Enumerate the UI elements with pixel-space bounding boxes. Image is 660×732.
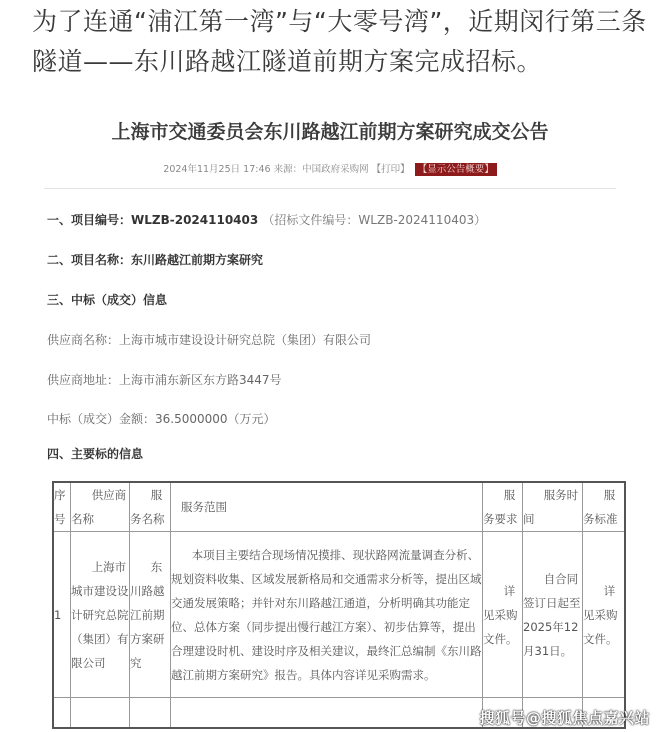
cell-requirement: 详见采购文件。 bbox=[483, 532, 523, 698]
section-project-name: 二、项目名称：东川路越江前期方案研究 bbox=[47, 251, 263, 268]
main-items-table: 序号 供应商名称 服务名称 服务范围 服务要求 服务时间 服务标准 1 上海市城… bbox=[52, 481, 626, 729]
cell-service-name: 东川路越江前期方案研究 bbox=[130, 532, 171, 698]
watermark: 搜狐号@搜狐焦点嘉兴站 bbox=[479, 707, 650, 728]
cell-time: 自合同签订日起至2025年12月31日。 bbox=[523, 532, 583, 698]
tender-doc-number: （招标文件编号：WLZB-2024110403） bbox=[262, 213, 486, 227]
empty-cell bbox=[53, 698, 71, 728]
section-main-items: 四、主要标的信息 bbox=[47, 445, 143, 462]
intro-paragraph: 为了连通“浦江第一湾”与“大零号湾”，近期闵行第三条隧道——东川路越江隧道前期方… bbox=[32, 2, 652, 82]
project-name-value: 东川路越江前期方案研究 bbox=[131, 253, 263, 267]
cell-supplier: 上海市城市建设设计研究总院（集团）有限公司 bbox=[71, 532, 130, 698]
header-scope: 服务范围 bbox=[171, 482, 483, 532]
header-index: 序号 bbox=[53, 482, 71, 532]
empty-cell bbox=[71, 698, 130, 728]
notice-meta: 2024年11月25日 17:46 来源：中国政府采购网 【打印】 【显示公告概… bbox=[0, 161, 660, 175]
project-number-value: WLZB-2024110403 bbox=[131, 213, 258, 227]
table-header-row: 序号 供应商名称 服务名称 服务范围 服务要求 服务时间 服务标准 bbox=[53, 482, 625, 532]
cell-index: 1 bbox=[53, 532, 71, 698]
empty-cell bbox=[171, 698, 483, 728]
source-name: 中国政府采购网 bbox=[302, 164, 369, 175]
section-award-info: 三、中标（成交）信息 bbox=[47, 291, 167, 308]
project-name-label: 二、项目名称： bbox=[47, 253, 131, 267]
print-link[interactable]: 【打印】 bbox=[372, 164, 410, 175]
header-standard: 服务标准 bbox=[583, 482, 626, 532]
notice-title: 上海市交通委员会东川路越江前期方案研究成交公告 bbox=[0, 117, 660, 144]
header-time: 服务时间 bbox=[523, 482, 583, 532]
empty-cell bbox=[130, 698, 171, 728]
header-requirement: 服务要求 bbox=[483, 482, 523, 532]
project-number-label: 一、项目编号： bbox=[47, 213, 131, 227]
header-divider bbox=[44, 188, 616, 189]
award-amount: 中标（成交）金额：36.5000000（万元） bbox=[47, 410, 276, 427]
cell-scope: 本项目主要结合现场情况摸排、现状路网流量调查分析、规划资料收集、区域发展新格局和… bbox=[171, 532, 483, 698]
cell-standard: 详见采购文件。 bbox=[583, 532, 626, 698]
section-project-number: 一、项目编号：WLZB-2024110403 （招标文件编号：WLZB-2024… bbox=[47, 211, 486, 228]
table-row: 1 上海市城市建设设计研究总院（集团）有限公司 东川路越江前期方案研究 本项目主… bbox=[53, 532, 625, 698]
header-supplier: 供应商名称 bbox=[71, 482, 130, 532]
show-summary-button[interactable]: 【显示公告概要】 bbox=[415, 163, 497, 176]
header-service-name: 服务名称 bbox=[130, 482, 171, 532]
source-label: 来源： bbox=[274, 164, 303, 175]
supplier-name: 供应商名称：上海市城市建设设计研究总院（集团）有限公司 bbox=[47, 331, 371, 348]
supplier-address: 供应商地址：上海市浦东新区东方路3447号 bbox=[47, 371, 282, 388]
publish-datetime: 2024年11月25日 17:46 bbox=[163, 164, 270, 175]
